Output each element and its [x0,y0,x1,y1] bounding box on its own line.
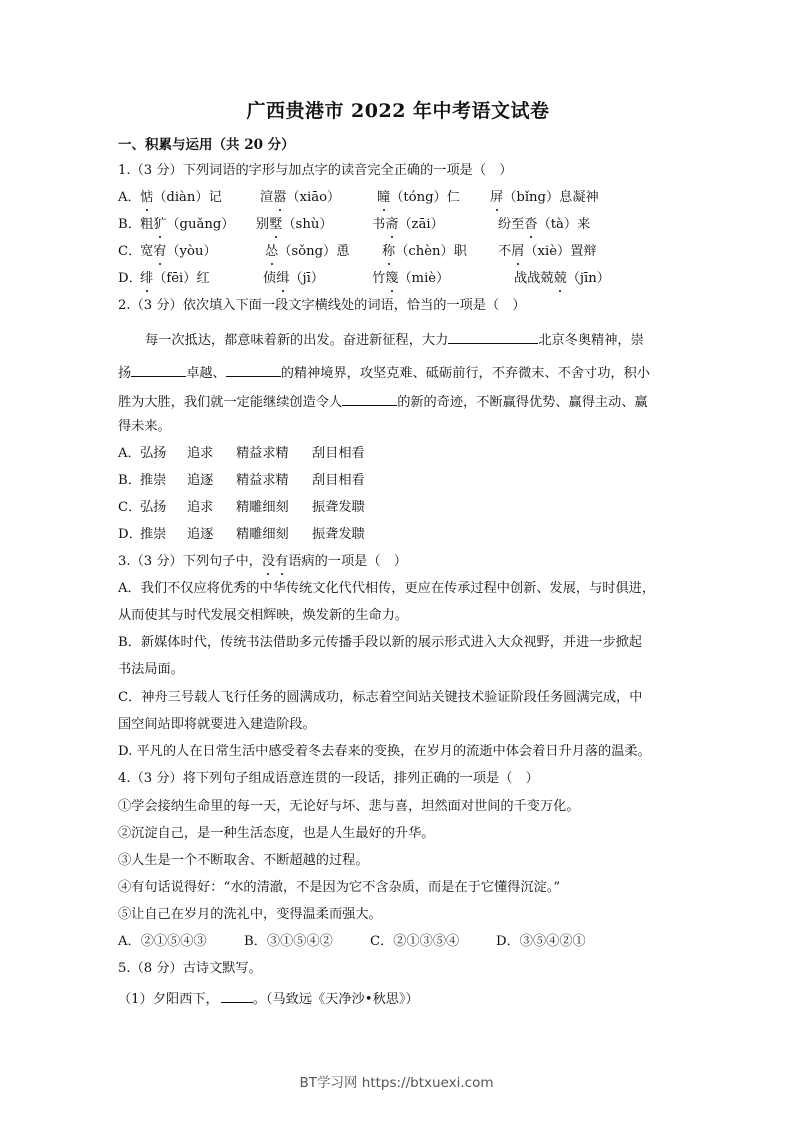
question-4-sentence-5: ⑤让自己在岁月的洗礼中，变得温柔而强大。 [118,906,382,924]
question-5-stem: 5.（8 分）古诗文默写。 [118,960,262,978]
option-label: C． [370,934,393,949]
option-value: ③⑤④②① [520,934,586,949]
question-2-option-b: B． 推崇 追逐 精益求精 刮目相看 [118,472,518,490]
stem-text: 语病的一项是（ ） [288,554,407,569]
option-item: 追逐 [187,526,213,544]
option-item: 屏（bǐng）息凝神 [490,189,599,207]
option-label: B． [244,934,267,949]
fill-blank[interactable] [131,362,186,377]
fill-blank[interactable] [221,988,253,1003]
option-item: 战战兢兢（jīn） [514,270,610,288]
option-item: 宽宥（yòu） [140,243,217,261]
question-2-option-a: A． 弘扬 追求 精益求精 刮目相看 [118,445,518,463]
option-value: ③①⑤④② [267,934,333,949]
option-item: 称（chèn）职 [382,243,467,261]
question-4-sentence-1: ①学会接纳生命里的每一天，无论好与坏、悲与喜，坦然面对世间的千变万化。 [118,798,580,816]
option-item: 推崇 [140,472,166,490]
option-item: 精益求精 [236,472,289,490]
question-1-option-a: A． 惦（diàn）记 渲嚣（xiāo） 瞳（tóng）仁 屏（bǐng）息凝神 [118,189,678,207]
option-item: 推崇 [140,526,166,544]
option-label: B． [118,472,141,490]
section-heading: 一、积累与运用（共 20 分） [118,136,295,154]
question-2-passage-line-2: 扬卓越、的精神境界，攻坚克难、砥砺前行，不弃微末、不舍寸功，积小 [118,362,650,383]
option-item: 侦缉（jī） [263,270,324,288]
passage-text: 北京冬奥精神，崇 [538,333,644,348]
question-4-options: A．②①⑤④③ B．③①⑤④② C．②①③⑤④ D．③⑤④②① [118,933,678,951]
option-item: 弘扬 [140,445,166,463]
question-4-sentence-3: ③人生是一个不断取舍、不断超越的过程。 [118,852,369,870]
option-label: D． [118,270,142,288]
question-4-option-a: A．②①⑤④③ [118,933,207,951]
question-5-item-1: （1）夕阳西下，。（马致远《天净沙•秋思》） [118,988,419,1009]
question-4-option-b: B．③①⑤④② [244,933,333,951]
option-label: D． [496,934,520,949]
question-2-option-d: D． 推崇 追逐 精雕细刻 振聋发聩 [118,526,518,544]
option-item: 别墅（shù） [256,216,333,234]
question-4-stem: 4.（3 分）将下列句子组成语意连贯的一段话，排列正确的一项是（ ） [118,770,539,788]
page-title: 广西贵港市 2022 年中考语文试卷 [118,96,678,123]
question-3-stem: 3.（3 分）下列句子中，没有语病的一项是（ ） [118,553,407,571]
watermark-footer: BT学习网 https://btxuexi.com [0,1071,793,1091]
emphasized-text: 没有 [262,554,288,569]
option-item: 瞳（tóng）仁 [377,189,460,207]
option-item: 怂（sǒng）恿 [265,243,349,261]
option-item: 振聋发聩 [312,526,365,544]
option-item: 粗犷（guǎng） [140,216,234,234]
passage-text: 胜为大胜，我们就一定能继续创造令人 [118,395,342,410]
question-3-option-b-line-2: 书法局面。 [118,661,184,679]
option-value: ②①③⑤④ [393,934,459,949]
passage-text: 的新的奇迹，不断赢得优势、赢得主动、赢 [397,395,648,410]
question-2-option-c: C． 弘扬 追求 精雕细刻 振聋发聩 [118,499,518,517]
fill-blank[interactable] [226,362,281,377]
question-4-sentence-4: ④有句话说得好：“水的清澈，不是因为它不含杂质，而是在于它懂得沉淀。” [118,879,560,897]
option-label: A． [118,934,141,949]
question-2-passage-line-4: 得未来。 [118,418,171,436]
option-item: 追求 [187,499,213,517]
option-item: 惦（diàn）记 [140,189,222,207]
option-item: 精雕细刻 [236,499,289,517]
question-3-option-a-line-2: 从而使其与时代发展交相辉映，焕发新的生命力。 [118,607,408,625]
option-item: 追逐 [187,472,213,490]
option-label: D． [118,526,142,544]
question-2-passage-line-1: 每一次抵达，都意味着新的出发。奋进新征程，大力北京冬奥精神，崇 [118,329,644,350]
fill-blank[interactable] [448,329,538,344]
option-label: A． [118,189,141,207]
question-4-option-d: D．③⑤④②① [496,933,586,951]
option-item: 不屑（xiè）置辩 [498,243,597,261]
option-item: 渲嚣（xiāo） [260,189,340,207]
question-2-passage-line-3: 胜为大胜，我们就一定能继续创造令人的新的奇迹，不断赢得优势、赢得主动、赢 [118,391,648,412]
option-item: 精益求精 [236,445,289,463]
question-4-sentence-2: ②沉淀自己，是一种生活态度，也是人生最好的升华。 [118,825,435,843]
question-1-option-c: C． 宽宥（yòu） 怂（sǒng）恿 称（chèn）职 不屑（xiè）置辩 [118,243,678,261]
question-3-option-b-line-1: B．新媒体时代，传统书法借助多元传播手段以新的展示形式进入大众视野，并进一步掀起 [118,634,642,652]
stem-text: 3.（3 分）下列句子中， [118,554,262,569]
item-text: （1）夕阳西下， [118,992,219,1007]
question-1-option-b: B． 粗犷（guǎng） 别墅（shù） 书斋（zāi） 纷至沓（tà）来 [118,216,678,234]
option-label: A． [118,445,141,463]
option-item: 刮目相看 [312,472,365,490]
question-3-option-a-line-1: A．我们不仅应将优秀的中华传统文化代代相传，更应在传承过程中创新、发展，与时俱进… [118,580,655,598]
item-text: 。（马致远《天净沙•秋思》） [253,992,419,1007]
option-value: ②①⑤④③ [141,934,207,949]
question-4-option-c: C．②①③⑤④ [370,933,459,951]
option-label: C． [118,499,141,517]
option-item: 精雕细刻 [236,526,289,544]
question-1-option-d: D． 绯（fēi）红 侦缉（jī） 竹篾（miè） 战战兢兢（jīn） [118,270,678,288]
passage-text: 卓越、 [186,366,226,381]
option-item: 绯（fēi）红 [140,270,210,288]
option-label: C． [118,243,141,261]
fill-blank[interactable] [342,391,397,406]
option-item: 纷至沓（tà）来 [498,216,590,234]
option-item: 弘扬 [140,499,166,517]
option-label: B． [118,216,141,234]
question-3-option-c-line-2: 国空间站即将就要进入建造阶段。 [118,716,316,734]
passage-text: 每一次抵达，都意味着新的出发。奋进新征程，大力 [145,333,448,348]
option-item: 书斋（zāi） [372,216,444,234]
option-item: 振聋发聩 [312,499,365,517]
option-item: 追求 [187,445,213,463]
question-3-option-c-line-1: C．神舟三号载人飞行任务的圆满成功，标志着空间站关键技术验证阶段任务圆满完成，中 [118,689,642,707]
option-item: 刮目相看 [312,445,365,463]
question-3-option-d: D. 平凡的人在日常生活中感受着冬去春来的变换，在岁月的流逝中体会着日升月落的温… [118,743,651,761]
question-1-stem: 1.（3 分）下列词语的字形与加点字的读音完全正确的一项是（ ） [118,162,512,180]
option-item: 竹篾（miè） [372,270,449,288]
question-2-stem: 2.（3 分）依次填入下面一段文字横线处的词语，恰当的一项是（ ） [118,297,526,315]
passage-text: 的精神境界，攻坚克难、砥砺前行，不弃微末、不舍寸功，积小 [281,366,650,381]
passage-text: 扬 [118,366,131,381]
